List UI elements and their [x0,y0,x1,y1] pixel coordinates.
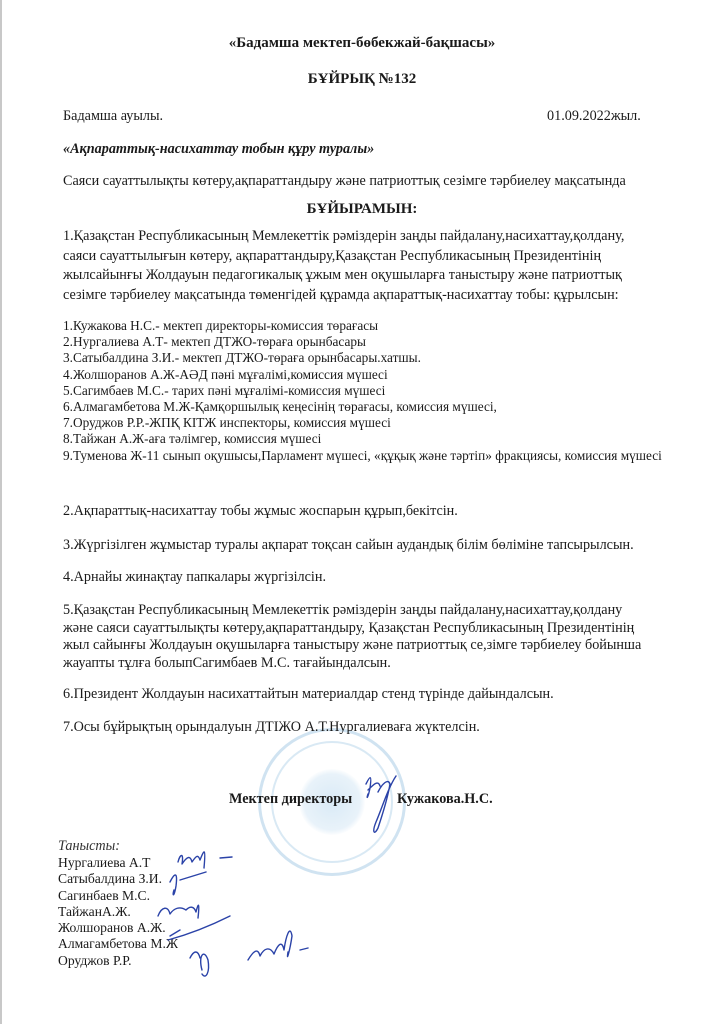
member-item: 1.Кужакова Н.С.- мектеп директоры-комисс… [63,318,713,334]
point-1-line: сезімге тәрбиелеу мақсатында төменгідей … [63,286,703,306]
member-item: 3.Сатыбалдина З.И.- мектеп ДТЖО-төраға о… [63,350,713,366]
point-7: 7.Осы бұйрықтың орындалуын ДТІЖО А.Т.Нур… [63,719,480,736]
point-1-line: жылсайынғы Жолдауын педагогикалық ұжым м… [63,266,703,286]
member-item: 5.Сагимбаев М.С.- тарих пәні мұғалімі-ко… [63,383,713,399]
point-2: 2.Ақпараттық-насихаттау тобы жұмыс жоспа… [63,503,458,520]
place: Бадамша ауылы. [63,108,163,125]
point-1-line: 1.Қазақстан Республикасының Мемлекеттік … [63,227,703,247]
acquainted-signatures [150,840,390,990]
acquainted-heading: Таныcты: [58,838,120,855]
signature-name: Кужакова.Н.С. [397,791,493,808]
member-item: 6.Алмагамбетова М.Ж-Қамқоршылық кеңесіні… [63,399,713,415]
org-title: «Бадамша мектеп-бөбекжай-бақшасы» [0,35,724,52]
point-6: 6.Президент Жолдауын насихаттайтын матер… [63,686,554,703]
order-title: БҰЙРЫҚ №132 [0,71,724,88]
point-5-line: жыл сайынғы Жолдауын оқушыларға таныстыр… [63,637,703,655]
point-4: 4.Арнайы жинақтау папкалары жүргізілсін. [63,569,326,586]
point-1: 1.Қазақстан Республикасының Мемлекеттік … [63,227,703,305]
point-3: 3.Жүргізілген жұмыстар туралы ақпарат то… [63,537,634,554]
member-item: 9.Туменова Ж-11 сынып оқушысы,Парламент … [63,448,693,464]
point-5: 5.Қазақстан Республикасының Мемлекеттік … [63,602,703,672]
member-item: 4.Жолшоранов А.Ж-АӘД пәні мұғалімі,комис… [63,367,713,383]
member-item: 8.Тайжан А.Ж-аға тәлімгер, комиссия мүше… [63,431,713,447]
decree-heading: БҰЙЫРАМЫН: [0,201,724,218]
point-1-line: саяси сауаттылығын көтеру, ақпараттандыр… [63,247,703,267]
point-5-line: және саяси сауаттылықты көтеру,ақпаратта… [63,620,703,638]
purpose: Саяси сауаттылықты көтеру,ақпараттандыру… [63,173,626,190]
scan-edge [0,0,2,1024]
signature-role: Мектеп директоры [229,791,352,808]
member-item: 7.Оруджов Р.Р.-ЖПҚ КІТЖ инспекторы, коми… [63,415,713,431]
date: 01.09.2022жыл. [547,108,641,125]
point-5-line: 5.Қазақстан Республикасының Мемлекеттік … [63,602,703,620]
point-5-line: жауапты тұлға болыпСагимбаев М.С. тағайы… [63,655,703,673]
members-list: 1.Кужакова Н.С.- мектеп директоры-комисс… [63,318,713,464]
subject: «Ақпараттық-насихаттау тобын құру туралы… [63,141,374,158]
member-item: 2.Нургалиева А.Т- мектеп ДТЖО-төраға оры… [63,334,713,350]
